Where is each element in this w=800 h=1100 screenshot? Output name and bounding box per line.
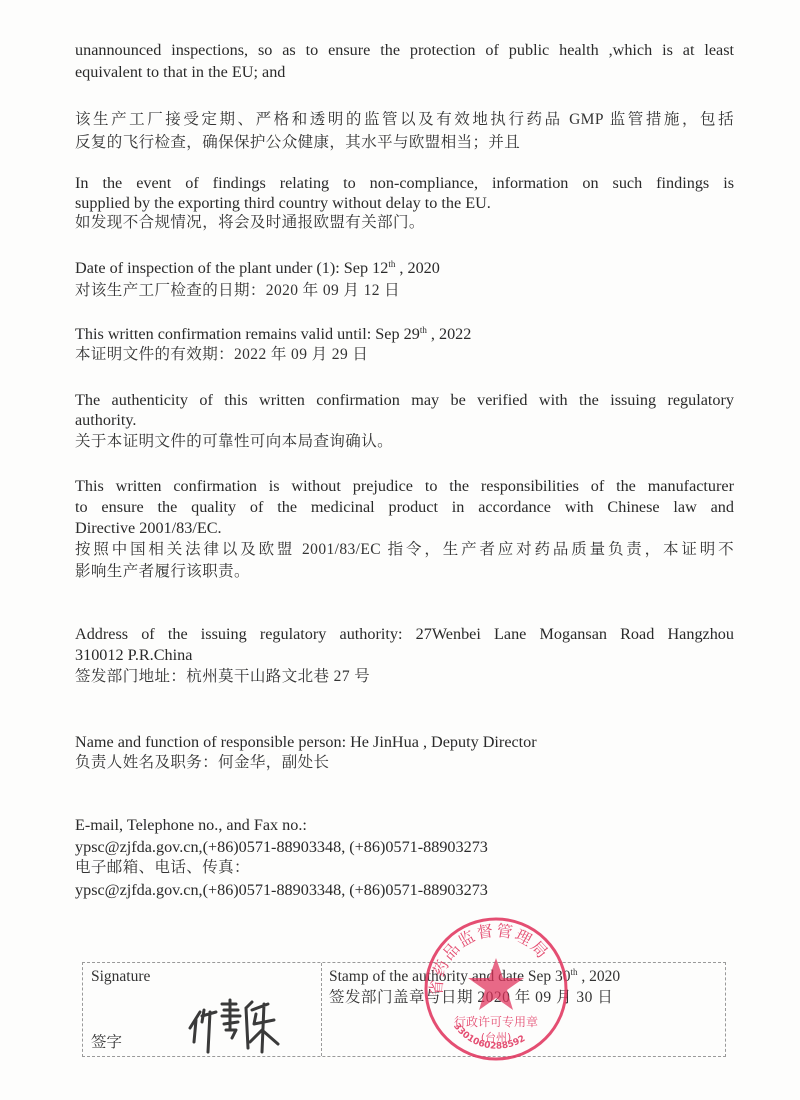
authenticity-en-line-1: The authenticity of this written confirm…	[75, 390, 734, 410]
p2-en-line-1: In the event of findings relating to non…	[75, 173, 734, 193]
valid-until-cn: 本证明文件的有效期：2022 年 09 月 29 日	[75, 345, 368, 365]
inspection-date-en: Date of inspection of the plant under (1…	[75, 258, 440, 278]
p1-en-line-2: equivalent to that in the EU; and	[75, 62, 285, 82]
authenticity-en-line-2: authority.	[75, 410, 136, 430]
p1-en-line-1: unannounced inspections, so as to ensure…	[75, 40, 734, 60]
valid-until-year: , 2022	[427, 325, 472, 343]
p2-cn: 如发现不合规情况，将会及时通报欧盟有关部门。	[75, 213, 425, 233]
address-en-line-1: Address of the issuing regulatory author…	[75, 624, 734, 644]
ordinal-suffix: th	[571, 967, 578, 977]
authenticity-cn: 关于本证明文件的可靠性可向本局查询确认。	[75, 432, 393, 452]
contact-cn-value: ypsc@zjfda.gov.cn,(+86)0571-88903348, (+…	[75, 880, 488, 900]
prejudice-cn-line-1: 按照中国相关法律以及欧盟 2001/83/EC 指令，生产者应对药品质量负责，本…	[75, 540, 734, 560]
inspection-date-text: Date of inspection of the plant under (1…	[75, 259, 388, 277]
prejudice-en-line-3: Directive 2001/83/EC.	[75, 518, 222, 538]
stamp-year: , 2020	[578, 968, 621, 985]
valid-until-en: This written confirmation remains valid …	[75, 324, 471, 344]
stamp-label-text: Stamp of the authority and date Sep 30	[329, 968, 571, 985]
contact-en-label: E-mail, Telephone no., and Fax no.:	[75, 815, 307, 835]
p2-en-line-2: supplied by the exporting third country …	[75, 193, 491, 213]
contact-en-value: ypsc@zjfda.gov.cn,(+86)0571-88903348, (+…	[75, 837, 488, 857]
prejudice-en-line-1: This written confirmation is without pre…	[75, 476, 734, 496]
responsible-person-en: Name and function of responsible person:…	[75, 732, 537, 752]
ordinal-suffix: th	[420, 325, 427, 335]
inspection-year: , 2020	[395, 259, 440, 277]
valid-until-text: This written confirmation remains valid …	[75, 325, 420, 343]
contact-cn-label: 电子邮箱、电话、传真：	[75, 858, 250, 878]
address-en-line-2: 310012 P.R.China	[75, 645, 192, 665]
stamp-label-en: Stamp of the authority and date Sep 30th…	[329, 967, 620, 987]
p1-cn-line-1: 该生产工厂接受定期、严格和透明的监管以及有效地执行药品 GMP 监管措施，包括	[75, 110, 734, 130]
inspection-date-cn: 对该生产工厂检查的日期：2020 年 09 月 12 日	[75, 281, 400, 301]
signature-label-cn: 签字	[91, 1033, 122, 1053]
prejudice-en-line-2: to ensure the quality of the medicinal p…	[75, 497, 734, 517]
table-divider	[321, 963, 322, 1056]
stamp-label-cn: 签发部门盖章与日期 2020 年 09 月 30 日	[329, 988, 613, 1008]
address-cn: 签发部门地址：杭州莫干山路文北巷 27 号	[75, 667, 370, 687]
signature-label-en: Signature	[91, 967, 150, 987]
responsible-person-cn: 负责人姓名及职务：何金华，副处长	[75, 753, 329, 773]
signature-table: Signature 签字 Stamp of the authority and …	[82, 962, 726, 1057]
prejudice-cn-line-2: 影响生产者履行该职责。	[75, 562, 250, 582]
handwritten-signature	[182, 990, 282, 1060]
p1-cn-line-2: 反复的飞行检查，确保保护公众健康，其水平与欧盟相当；并且	[75, 133, 520, 153]
